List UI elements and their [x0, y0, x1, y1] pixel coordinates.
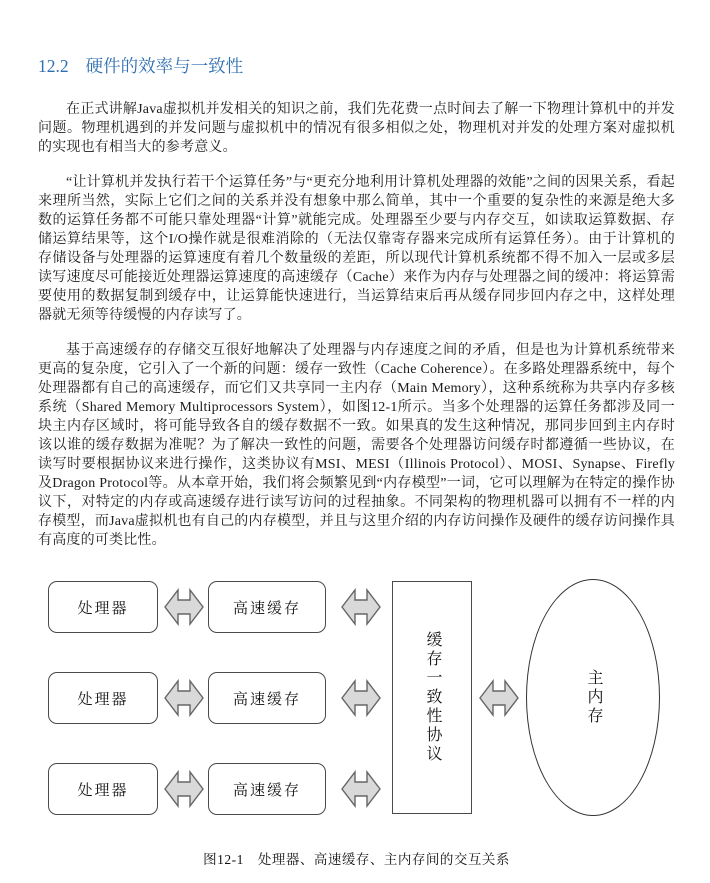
book-page: 12.2 硬件的效率与一致性 在正式讲解Java虚拟机并发相关的知识之前，我们先…: [0, 0, 710, 883]
processor-box-3: 处理器: [48, 763, 158, 815]
main-memory-ellipse: 主内存: [526, 579, 660, 816]
paragraph-cache: “让计算机并发执行若干个运算任务”与“更充分地利用计算机处理器的效能”之间的因果…: [38, 173, 675, 325]
cache-box-3: 高速缓存: [208, 763, 326, 815]
double-arrow-icon: [342, 681, 380, 715]
double-arrow-icon: [165, 772, 203, 806]
section-title: 硬件的效率与一致性: [86, 54, 244, 78]
processor-box-1: 处理器: [48, 581, 158, 633]
double-arrow-icon: [480, 681, 518, 715]
cache-coherence-protocol-label: 缓存一致性协议: [424, 631, 440, 764]
double-arrow-icon: [342, 590, 380, 624]
cache-coherence-protocol-box: 缓存一致性协议: [392, 581, 472, 814]
paragraph-coherence: 基于高速缓存的存储交互很好地解决了处理器与内存速度之间的矛盾，但是也为计算机系统…: [38, 341, 675, 550]
processor-box-2: 处理器: [48, 672, 158, 724]
cache-box-2: 高速缓存: [208, 672, 326, 724]
figure-12-1-diagram: 处理器 高速缓存 处理器 高速缓存 处理器 高速缓存 缓存一致性协议 主内存: [38, 571, 675, 821]
section-heading: 12.2 硬件的效率与一致性: [38, 54, 675, 78]
section-number: 12.2: [38, 54, 69, 78]
double-arrow-icon: [165, 681, 203, 715]
cache-box-1: 高速缓存: [208, 581, 326, 633]
figure-caption: 图12-1 处理器、高速缓存、主内存间的交互关系: [38, 848, 675, 868]
main-memory-label: 主内存: [585, 669, 601, 726]
double-arrow-icon: [165, 590, 203, 624]
paragraph-intro: 在正式讲解Java虚拟机并发相关的知识之前，我们先花费一点时间去了解一下物理计算…: [38, 100, 675, 157]
double-arrow-icon: [342, 772, 380, 806]
